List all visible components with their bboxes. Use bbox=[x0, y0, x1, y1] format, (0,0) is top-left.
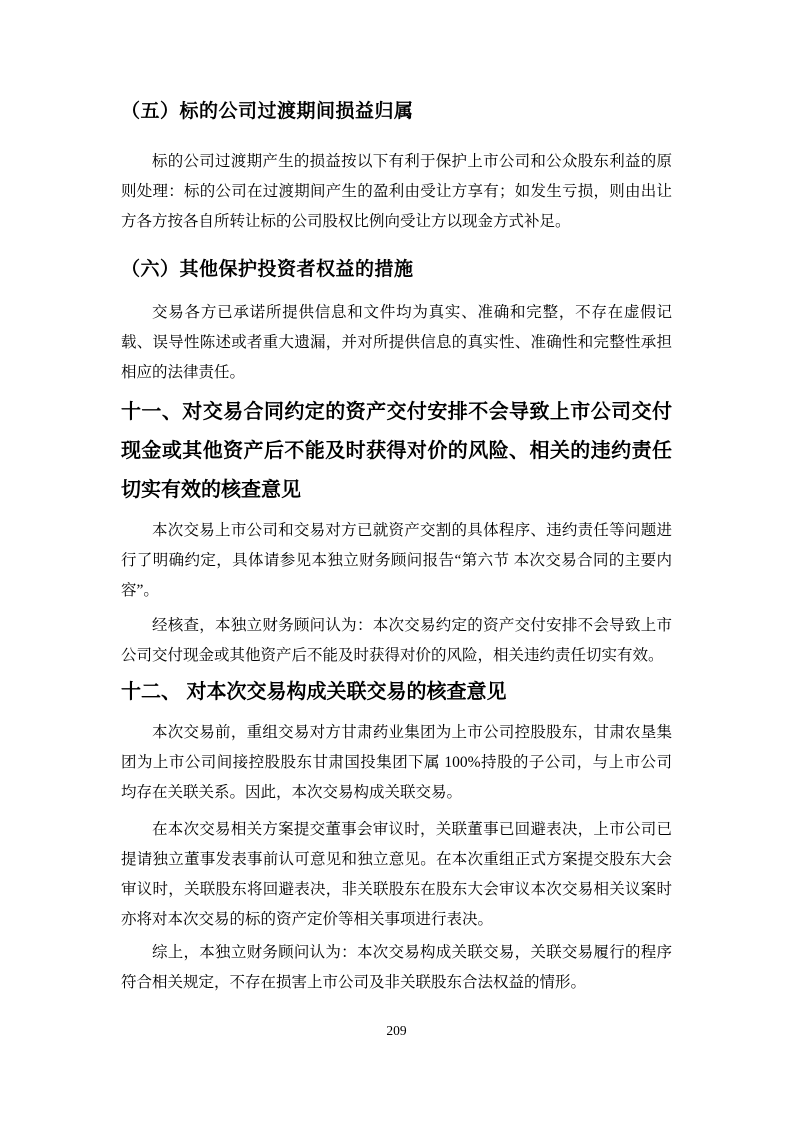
section-twelve-paragraph-1: 本次交易前，重组交易对方甘肃药业集团为上市公司控股股东，甘肃农垦集团为上市公司间… bbox=[121, 718, 672, 808]
section-eleven-heading: 十一、对交易合同约定的资产交付安排不会导致上市公司交付现金或其他资产后不能及时获… bbox=[121, 393, 672, 510]
section-five-heading: （五）标的公司过渡期间损益归属 bbox=[121, 100, 672, 124]
page-footer: 209 bbox=[121, 1022, 672, 1040]
section-eleven-paragraph-1: 本次交易上市公司和交易对方已就资产交割的具体程序、违约责任等问题进行了明确约定，… bbox=[121, 516, 672, 606]
section-twelve-paragraph-3: 综上，本独立财务顾问认为：本次交易构成关联交易，关联交易履行的程序符合相关规定，… bbox=[121, 938, 672, 998]
section-eleven-paragraph-2: 经核查，本独立财务顾问认为：本次交易约定的资产交付安排不会导致上市公司交付现金或… bbox=[121, 611, 672, 671]
section-six-heading: （六）其他保护投资者权益的措施 bbox=[121, 258, 672, 282]
section-twelve-heading: 十二、 对本次交易构成关联交易的核查意见 bbox=[121, 676, 672, 708]
section-twelve-paragraph-2: 在本次交易相关方案提交董事会审议时，关联董事已回避表决，上市公司已提请独立董事发… bbox=[121, 815, 672, 935]
section-five-paragraph: 标的公司过渡期产生的损益按以下有利于保护上市公司和公众股东利益的原则处理：标的公… bbox=[121, 147, 672, 237]
page-number: 209 bbox=[386, 1023, 406, 1038]
section-six-paragraph: 交易各方已承诺所提供信息和文件均为真实、准确和完整，不存在虚假记载、误导性陈述或… bbox=[121, 298, 672, 388]
document-page: （五）标的公司过渡期间损益归属 标的公司过渡期产生的损益按以下有利于保护上市公司… bbox=[0, 0, 793, 1122]
